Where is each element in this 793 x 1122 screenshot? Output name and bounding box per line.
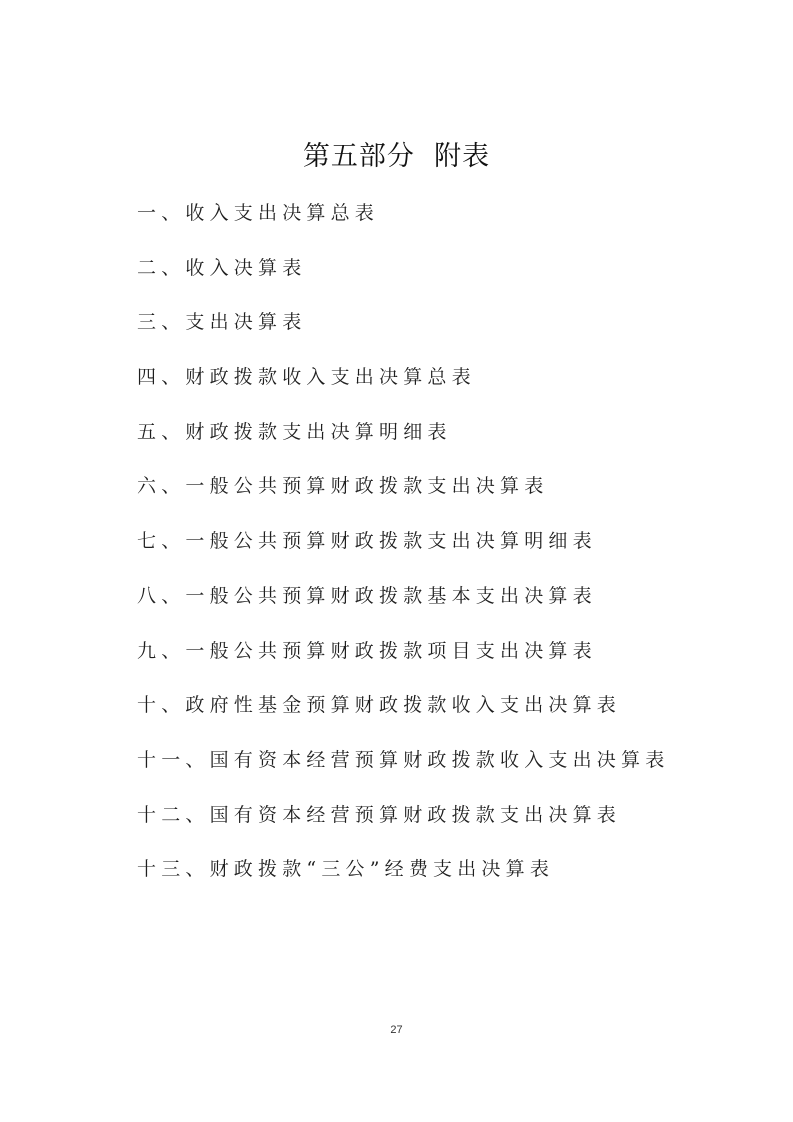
list-item: 四、财政拨款收入支出决算总表 [137,360,669,415]
item-label: 财政拨款支出决算明细表 [185,415,451,449]
list-item: 二、收入决算表 [137,251,669,306]
item-number: 十一、 [137,743,210,777]
list-item: 七、一般公共预算财政拨款支出决算明细表 [137,524,669,579]
item-label: 国有资本经营预算财政拨款支出决算表 [210,798,621,832]
page-title: 第五部分 附表 [0,137,793,177]
item-number: 一、 [137,196,185,230]
page-number: 27 [0,1024,793,1036]
item-number: 十、 [137,688,185,722]
list-item: 十一、国有资本经营预算财政拨款收入支出决算表 [137,743,669,798]
item-label: 政府性基金预算财政拨款收入支出决算表 [185,688,621,722]
item-number: 五、 [137,415,185,449]
item-number: 二、 [137,251,185,285]
item-number: 十二、 [137,798,210,832]
list-item: 六、一般公共预算财政拨款支出决算表 [137,469,669,524]
item-number: 八、 [137,579,185,613]
item-number: 七、 [137,524,185,558]
item-number: 十三、 [137,852,210,886]
item-number: 九、 [137,634,185,668]
list-item: 十三、财政拨款“三公”经费支出决算表 [137,852,669,907]
list-item: 十、政府性基金预算财政拨款收入支出决算表 [137,688,669,743]
list-item: 八、一般公共预算财政拨款基本支出决算表 [137,579,669,634]
appendix-table-list: 一、收入支出决算总表 二、收入决算表 三、支出决算表 四、财政拨款收入支出决算总… [137,196,669,907]
item-label: 一般公共预算财政拨款项目支出决算表 [185,634,596,668]
item-label: 财政拨款收入支出决算总表 [185,360,475,394]
item-number: 六、 [137,469,185,503]
item-label: 一般公共预算财政拨款基本支出决算表 [185,579,596,613]
list-item: 三、支出决算表 [137,305,669,360]
list-item: 一、收入支出决算总表 [137,196,669,251]
item-label: 国有资本经营预算财政拨款收入支出决算表 [210,743,670,777]
list-item: 五、财政拨款支出决算明细表 [137,415,669,470]
item-label: 一般公共预算财政拨款支出决算明细表 [185,524,596,558]
list-item: 十二、国有资本经营预算财政拨款支出决算表 [137,798,669,853]
item-label: 一般公共预算财政拨款支出决算表 [185,469,548,503]
item-label: 支出决算表 [185,305,306,339]
document-page: 第五部分 附表 一、收入支出决算总表 二、收入决算表 三、支出决算表 四、财政拨… [0,0,793,1122]
item-label: 收入支出决算总表 [185,196,379,230]
list-item: 九、一般公共预算财政拨款项目支出决算表 [137,634,669,689]
item-number: 三、 [137,305,185,339]
item-number: 四、 [137,360,185,394]
item-label: 收入决算表 [185,251,306,285]
item-label: 财政拨款“三公”经费支出决算表 [210,852,554,886]
